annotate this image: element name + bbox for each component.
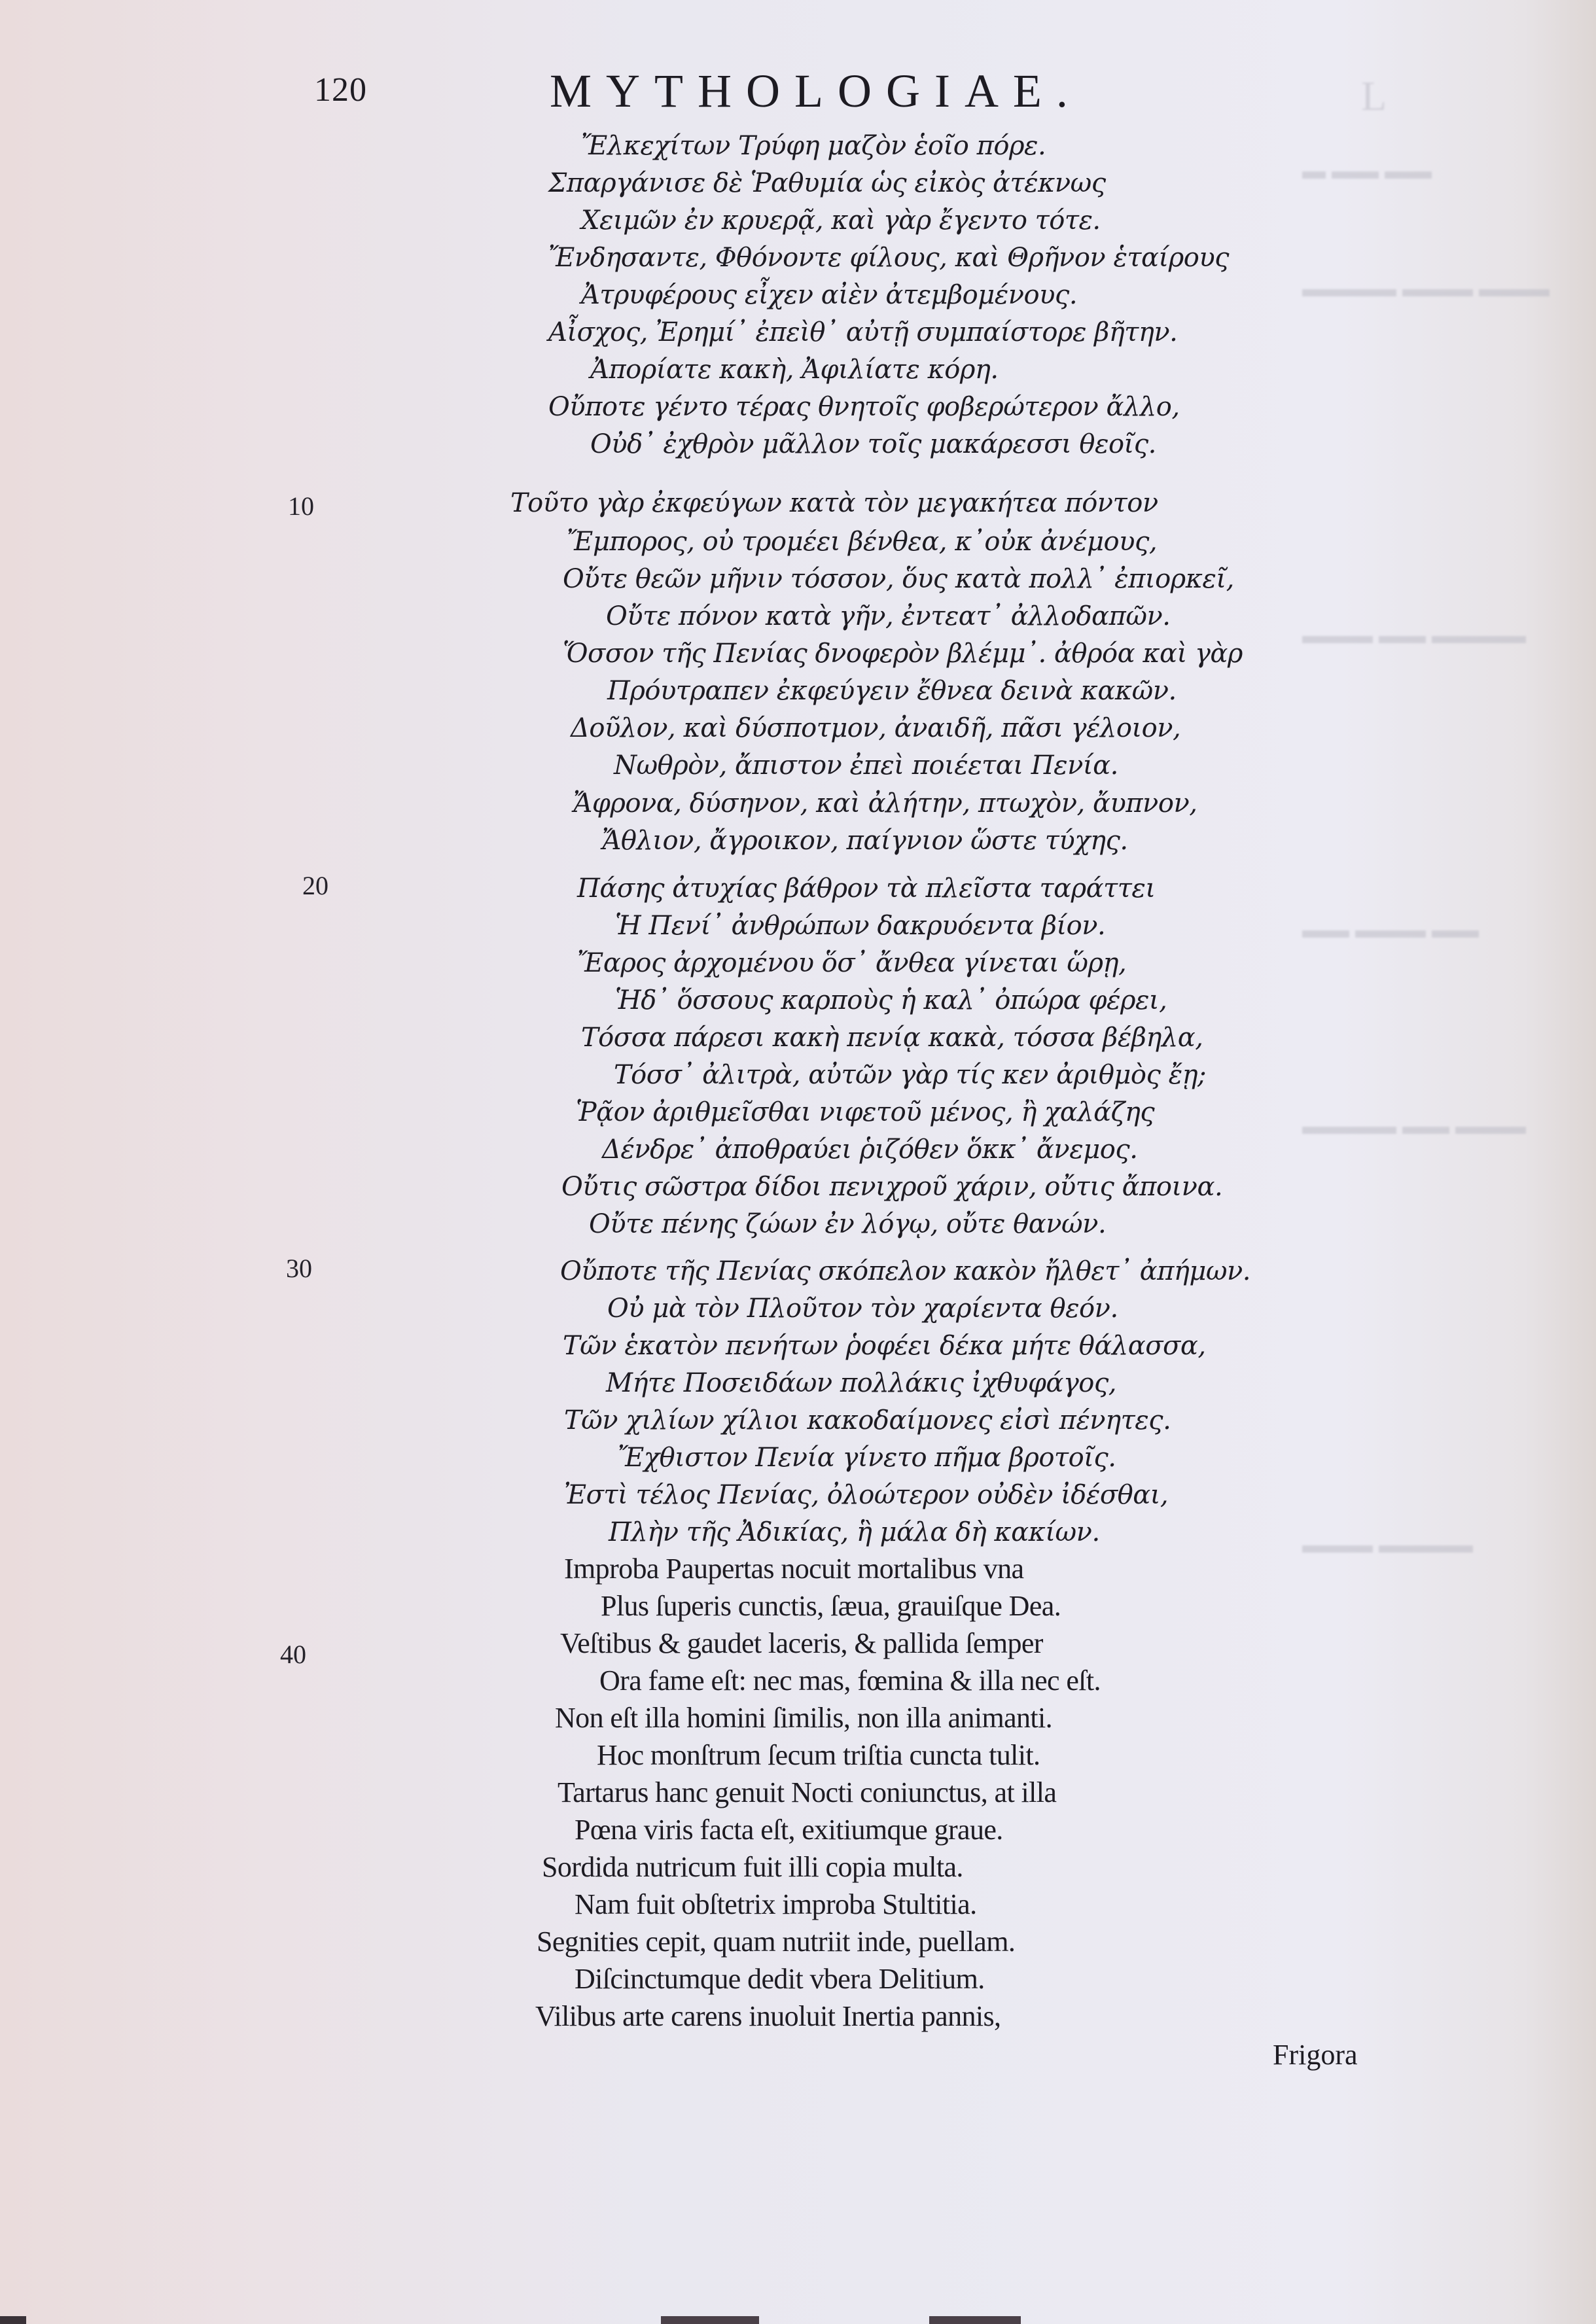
verse-line: Πρόυτραπεν ἐκφεύγειν ἔθνεα δεινὰ κακῶν. xyxy=(607,673,1177,709)
verse-line: Veſtibus & gaudet laceris, & pallida ſem… xyxy=(560,1625,1043,1662)
verse-line: Nam fuit obſtetrix improba Stultitia. xyxy=(575,1886,977,1923)
verse-line: Ἔνδησαντε, Φθόνοντε φίλους, καὶ Θρῆνον ἑ… xyxy=(548,239,1229,276)
verse-line: Οὔτε πόνον κατὰ γῆν, ἐντεατ᾽ ἀλλοδαπῶν. xyxy=(606,598,1171,635)
verse-line: Δένδρε᾽ ἀποθραύει ῥιζόθεν ὅκκ᾽ ἄνεμος. xyxy=(602,1131,1137,1168)
verse-line: Νωθρὸν, ἄπιστον ἐπεὶ ποιέεται Πενία. xyxy=(614,747,1118,784)
verse-line: Μήτε Ποσειδάων πολλάκις ἰχθυφάγος, xyxy=(606,1365,1116,1401)
verse-line: Pœna viris facta eſt, exitiumque graue. xyxy=(575,1812,1003,1848)
verse-line: Ἐστὶ τέλος Πενίας, ὀλοώτερον οὐδὲν ἰδέσθ… xyxy=(564,1477,1168,1513)
verse-line: Αἶσχος, Ἐρημί᾽ ἐπεὶθ᾽ αὐτῇ συμπαίστορε β… xyxy=(548,314,1177,351)
bleed-through-text: ▬▬▬▬ ▬▬▬ ▬▬▬ xyxy=(1302,275,1550,302)
verse-line: Τῶν ἑκατὸν πενήτων ῥοφέει δέκα μήτε θάλα… xyxy=(563,1328,1206,1364)
verse-line: Δοῦλον, καὶ δύσποτμον, ἀναιδῆ, πᾶσι γέλο… xyxy=(571,710,1180,747)
bleed-through-text: ▬ ▬▬ ▬▬ xyxy=(1302,157,1432,185)
verse-line: Οὔτε θεῶν μῆνιν τόσσον, ὅυς κατὰ πολλ᾽ ἐ… xyxy=(563,561,1234,597)
verse-line: Ἡ Πενί᾽ ἀνθρώπων δακρυόεντα βίον. xyxy=(615,907,1105,944)
verse-line: Ἄθλιον, ἄγροικον, παίγνιον ὥστε τύχης. xyxy=(602,822,1128,859)
bleed-through-text: ▬▬▬ ▬▬▬▬ xyxy=(1302,1531,1473,1558)
bleed-through-text: ▬▬▬▬ ▬▬ ▬▬▬ xyxy=(1302,1112,1526,1140)
verse-line: Improba Paupertas nocuit mortalibus vna xyxy=(564,1551,1023,1587)
verse-line: Ἔλκεχίτων Τρύφη μαζὸν ἑοῖο πόρε. xyxy=(581,128,1046,164)
verse-line: Ἡδ᾽ ὅσσους καρποὺς ἡ καλ᾽ ὀπώρα φέρει, xyxy=(615,982,1167,1019)
bleed-through-text: ▬▬▬ ▬▬ ▬▬▬▬ xyxy=(1302,622,1526,649)
verse-line: Ὅσσον τῆς Πενίας δνοφερὸν βλέμμ᾽. ἀθρόα … xyxy=(563,635,1243,672)
verse-line: Οὔτις σῶστρα δίδοι πενιχροῦ χάριν, οὔτις… xyxy=(561,1169,1222,1205)
verse-line: Ἄφρονα, δύσηνον, καὶ ἀλήτην, πτωχὸν, ἄυπ… xyxy=(573,785,1197,822)
verse-line: Οὐδ᾽ ἐχθρὸν μᾶλλον τοῖς μακάρεσσι θεοῖς. xyxy=(590,426,1156,463)
verse-line: Hoc monſtrum ſecum triſtia cuncta tulit. xyxy=(597,1737,1040,1774)
verse-line: Ἔχθιστον Πενία γίνετο πῆμα βροτοῖς. xyxy=(618,1439,1116,1476)
verse-line: Non eſt illa homini ſimilis, non illa an… xyxy=(555,1700,1052,1736)
verse-line: Οὔποτε τῆς Πενίας σκόπελον κακὸν ἤλθετ᾽ … xyxy=(560,1253,1250,1290)
verse-line: Οὔτε πένης ζώων ἐν λόγῳ, οὔτε θανών. xyxy=(589,1206,1106,1242)
page-bottom-edge xyxy=(0,2316,1596,2324)
verse-line: Ora fame eſt: nec mas, fœmina & illa nec… xyxy=(599,1663,1101,1699)
verse-line: Vilibus arte carens inuoluit Inertia pan… xyxy=(535,1998,1001,2035)
bleed-through-text: L xyxy=(1361,72,1387,120)
verse-line: Σπαργάνισε δὲ Ῥαθυμία ὡς εἰκὸς ἀτέκνως xyxy=(548,165,1106,202)
verse-line: Tartarus hanc genuit Nocti coniunctus, a… xyxy=(558,1774,1056,1811)
scanned-book-page: L ▬ ▬▬ ▬▬ ▬▬▬▬ ▬▬▬ ▬▬▬ ▬▬▬ ▬▬ ▬▬▬▬ ▬▬ ▬▬… xyxy=(0,0,1596,2324)
verse-line: Ἔαρος ἀρχομένου ὅσ᾽ ἄνθεα γίνεται ὥρῃ, xyxy=(577,945,1126,981)
line-number: 20 xyxy=(302,870,328,901)
catchword: Frigora xyxy=(1273,2038,1358,2071)
running-title: MYTHOLOGIAE. xyxy=(550,64,1082,118)
verse-line: Sordida nutricum fuit illi copia multa. xyxy=(542,1849,963,1886)
verse-line: Τοῦτο γὰρ ἐκφεύγων κατὰ τὸν μεγακήτεα πό… xyxy=(510,485,1158,521)
line-number: 30 xyxy=(286,1253,312,1284)
page-number: 120 xyxy=(314,71,367,109)
verse-line: Τόσσα πάρεσι κακὴ πενίᾳ κακὰ, τόσσα βέβη… xyxy=(581,1019,1203,1056)
verse-line: Πλὴν τῆς Ἀδικίας, ἣ μάλα δὴ κακίων. xyxy=(609,1514,1100,1551)
verse-line: Τῶν χιλίων χίλιοι κακοδαίμονες εἰσὶ πένη… xyxy=(564,1402,1171,1439)
verse-line: Ῥᾷον ἀριθμεῖσθαι νιφετοῦ μένος, ἢ χαλάζη… xyxy=(576,1094,1154,1131)
line-number: 10 xyxy=(288,491,314,521)
bleed-through-text: ▬▬ ▬▬▬ ▬▬ xyxy=(1302,916,1479,943)
verse-line: Χειμῶν ἐν κρυερᾷ, καὶ γὰρ ἔγεντο τότε. xyxy=(581,202,1101,239)
verse-line: Ἀτρυφέρους εἶχεν αἰὲν ἀτεμβομένους. xyxy=(581,277,1077,313)
verse-line: Τόσσ᾽ ἀλιτρὰ, αὐτῶν γὰρ τίς κεν ἀριθμὸς … xyxy=(614,1057,1206,1093)
verse-line: Πάσης ἀτυχίας βάθρον τὰ πλεῖστα ταράττει xyxy=(577,870,1156,907)
verse-line: Οὔποτε γέντο τέρας θνητοῖς φοβερώτερον ἄ… xyxy=(548,389,1180,425)
verse-line: Segnities cepit, quam nutriit inde, puel… xyxy=(537,1924,1015,1960)
verse-line: Diſcinctumque dedit vbera Delitium. xyxy=(575,1961,985,1998)
verse-line: Ἔμπορος, οὐ τρομέει βένθεα, κ᾽οὐκ ἀνέμου… xyxy=(567,523,1157,560)
verse-line: Plus ſuperis cunctis, ſæua, grauiſque De… xyxy=(601,1588,1061,1625)
verse-line: Οὐ μὰ τὸν Πλοῦτον τὸν χαρίεντα θεόν. xyxy=(607,1290,1118,1327)
line-number: 40 xyxy=(280,1639,306,1670)
verse-line: Ἀπορίατε κακὴ, Ἀφιλίατε κόρη. xyxy=(590,351,999,388)
